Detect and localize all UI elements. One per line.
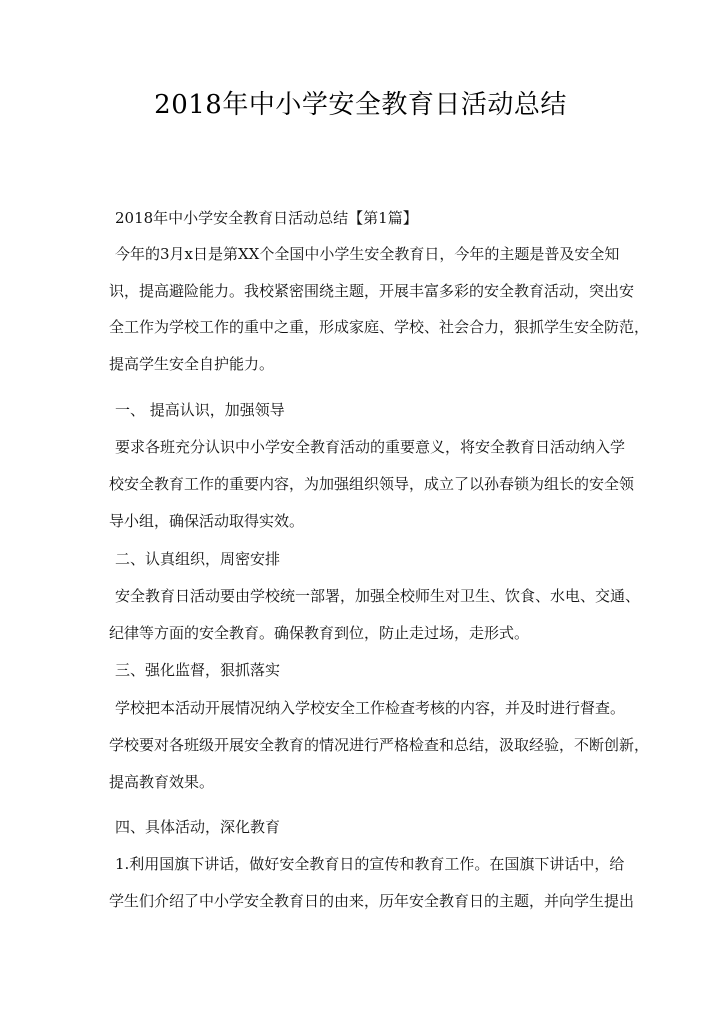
paragraph-3-line-2: 学校要对各班级开展安全教育的情况进行严格检查和总结，汲取经验，不断创新， [109, 735, 613, 755]
paragraph-1-line-1: 要求各班充分认识中小学安全教育活动的重要意义，将安全教育日活动纳入学 [109, 437, 613, 457]
paragraph-4-line-1: 1.利用国旗下讲话，做好安全教育日的宣传和教育工作。在国旗下讲话中，给 [109, 854, 613, 874]
paragraph-2-line-2: 纪律等方面的安全教育。确保教育到位，防止走过场，走形式。 [109, 623, 613, 643]
heading-section-4: 四、具体活动，深化教育 [109, 817, 613, 837]
paragraph-intro-line-4: 提高学生安全自护能力。 [109, 354, 613, 374]
paragraph-intro-line-2: 识，提高避险能力。我校紧密围绕主题，开展丰富多彩的安全教育活动，突出安 [109, 281, 613, 301]
heading-section-2: 二、认真组织，周密安排 [109, 549, 613, 569]
heading-section-1: 一、 提高认识，加强领导 [109, 400, 613, 420]
paragraph-intro-line-3: 全工作为学校工作的重中之重，形成家庭、学校、社会合力，狠抓学生安全防范， [109, 317, 613, 337]
paragraph-4-line-2: 学生们介绍了中小学安全教育日的由来，历年安全教育日的主题，并向学生提出 [109, 891, 613, 911]
section-heading-part-1: 2018年中小学安全教育日活动总结【第1篇】 [109, 208, 613, 228]
paragraph-3-line-3: 提高教育效果。 [109, 772, 613, 792]
paragraph-1-line-2: 校安全教育工作的重要内容，为加强组织领导，成立了以孙春锁为组长的安全领 [109, 474, 613, 494]
heading-section-3: 三、强化监督，狠抓落实 [109, 660, 613, 680]
document-title: 2018年中小学安全教育日活动总结 [0, 88, 721, 122]
paragraph-3-line-1: 学校把本活动开展情况纳入学校安全工作检查考核的内容，并及时进行督查。 [109, 698, 613, 718]
document-page: 2018年中小学安全教育日活动总结 2018年中小学安全教育日活动总结【第1篇】… [0, 0, 721, 1020]
paragraph-2-line-1: 安全教育日活动要由学校统一部署，加强全校师生对卫生、饮食、水电、交通、 [109, 586, 613, 606]
paragraph-intro-line-1: 今年的3月x日是第XX个全国中小学生安全教育日，今年的主题是普及安全知 [109, 244, 613, 264]
paragraph-1-line-3: 导小组，确保活动取得实效。 [109, 511, 613, 531]
